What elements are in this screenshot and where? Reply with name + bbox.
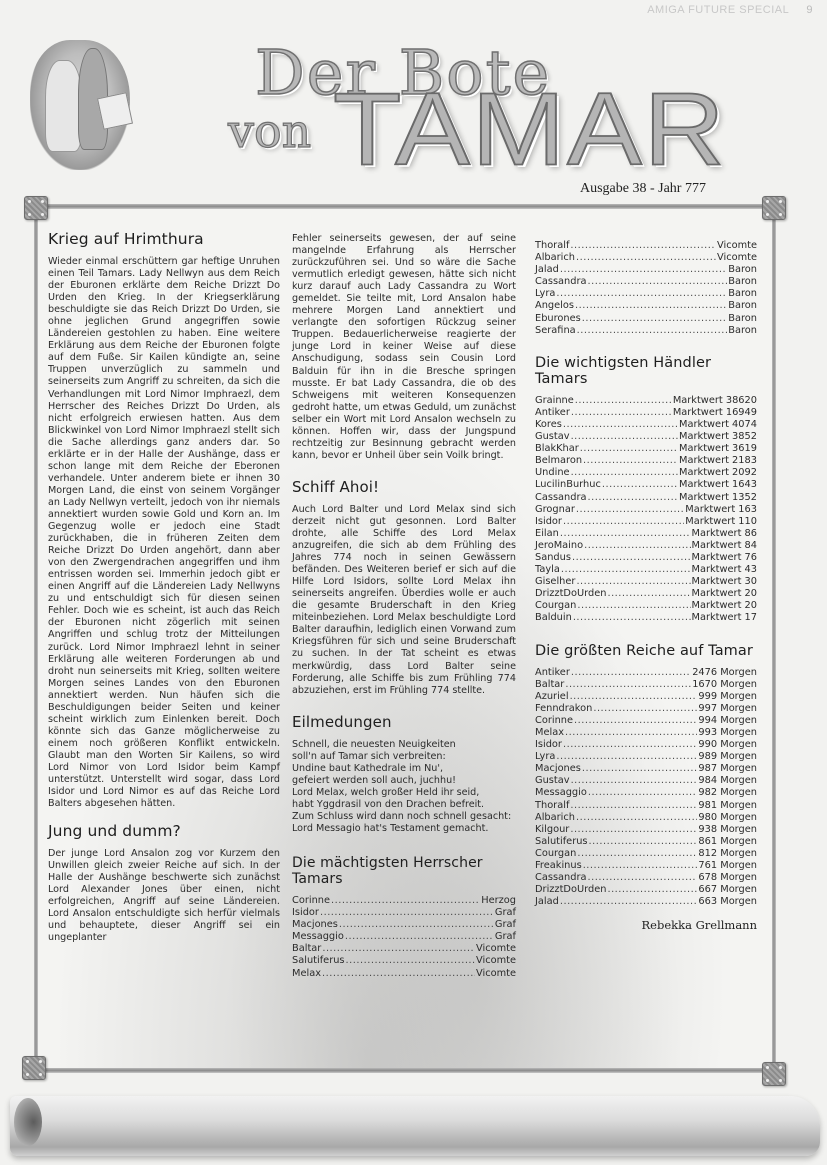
list-item: SerafinaBaron <box>535 325 757 337</box>
column-1: Krieg auf Hrimthura Wieder einmal erschü… <box>48 230 280 959</box>
article-body-part1: Der junge Lord Ansalon zog vor Kurzem de… <box>48 848 280 944</box>
list-item: CorinneHerzog <box>292 895 516 907</box>
list-item: LyraBaron <box>535 288 757 300</box>
article-title: Jung und dumm? <box>48 822 280 840</box>
article-eilmedungen: Eilmedungen Schnell, die neuesten Neuigk… <box>292 713 516 835</box>
column-2: Fehler seinerseits gewesen, der auf sein… <box>292 233 516 994</box>
list-item: BlakKharMarktwert 3619 <box>535 443 757 455</box>
list-item: JaladBaron <box>535 264 757 276</box>
list-item: SandusMarktwert 76 <box>535 552 757 564</box>
list-item: CourganMarktwert 20 <box>535 600 757 612</box>
poem-line: soll'n auf Tamar sich verbreiten: <box>292 751 516 763</box>
list-item: ThoralfVicomte <box>535 240 757 252</box>
rulers-title: Die mächtigsten Herrscher Tamars <box>292 855 516 887</box>
list-item: Antiker2476 Morgen <box>535 667 757 679</box>
list-item: Salutiferus861 Morgen <box>535 836 757 848</box>
list-item: Freakinus761 Morgen <box>535 860 757 872</box>
masthead: Der Bote von TAMAR Ausgabe 38 - Jahr 777 <box>0 0 827 200</box>
list-item: GustavMarktwert 3852 <box>535 431 757 443</box>
list-item: EilanMarktwert 86 <box>535 528 757 540</box>
realms-title: Die größten Reiche auf Tamar <box>535 643 757 659</box>
article-body-part2: Fehler seinerseits gewesen, der auf sein… <box>292 233 516 462</box>
list-item: AngelosBaron <box>535 300 757 312</box>
scroll-rod-right <box>772 207 776 1069</box>
realms-list: Antiker2476 Morgen Baltar1670 Morgen Azu… <box>535 667 757 909</box>
poem-line: Schnell, die neuesten Neuigkeiten <box>292 739 516 751</box>
list-item: Thoralf981 Morgen <box>535 800 757 812</box>
title-tamar: TAMAR <box>333 78 727 181</box>
article-schiff-ahoi: Schiff Ahoi! Auch Lord Balter und Lord M… <box>292 478 516 697</box>
list-item: Isidor990 Morgen <box>535 739 757 751</box>
list-item: Lyra989 Morgen <box>535 751 757 763</box>
list-item: Baltar1670 Morgen <box>535 679 757 691</box>
rod-knob-icon <box>762 196 786 220</box>
list-item: AlbarichVicomte <box>535 252 757 264</box>
article-jung-und-dumm: Jung und dumm? Der junge Lord Ansalon zo… <box>48 822 280 944</box>
article-title: Schiff Ahoi! <box>292 478 516 496</box>
rulers-list: CorinneHerzog IsidorGraf MacjonesGraf Me… <box>292 895 516 980</box>
list-item: AntikerMarktwert 16949 <box>535 407 757 419</box>
list-item: Kilgour938 Morgen <box>535 824 757 836</box>
list-item: DrizztDoUrdenMarktwert 20 <box>535 588 757 600</box>
article-krieg-auf-hrimthura: Krieg auf Hrimthura Wieder einmal erschü… <box>48 230 280 810</box>
list-item: MelaxVicomte <box>292 968 516 980</box>
list-item: Melax993 Morgen <box>535 727 757 739</box>
list-item: Courgan812 Morgen <box>535 848 757 860</box>
article-body: Auch Lord Balter und Lord Melax sind sic… <box>292 504 516 697</box>
list-item: JeroMainoMarktwert 84 <box>535 540 757 552</box>
rod-knob-icon <box>762 1062 786 1086</box>
list-item: DrizztDoUrden667 Morgen <box>535 884 757 896</box>
traders-title: Die wichtigsten Händler Tamars <box>535 355 757 387</box>
list-item: GiselherMarktwert 30 <box>535 576 757 588</box>
list-item: MessaggioGraf <box>292 931 516 943</box>
author-byline: Rebekka Grellmann <box>535 918 757 932</box>
list-item: UndineMarktwert 2092 <box>535 467 757 479</box>
list-item: IsidorMarktwert 110 <box>535 516 757 528</box>
list-item: Jalad663 Morgen <box>535 896 757 908</box>
list-item: Gustav984 Morgen <box>535 775 757 787</box>
list-item: CassandraBaron <box>535 276 757 288</box>
list-item: SalutiferusVicomte <box>292 955 516 967</box>
scroll-rod-left <box>34 207 38 1069</box>
list-item: GrognarMarktwert 163 <box>535 504 757 516</box>
traders-list: GrainneMarktwert 38620 AntikerMarktwert … <box>535 395 757 625</box>
list-item: Cassandra678 Morgen <box>535 872 757 884</box>
title-von: von <box>228 108 311 154</box>
scroll-curl-icon <box>14 1098 42 1146</box>
article-jung-und-dumm-continued: Fehler seinerseits gewesen, der auf sein… <box>292 233 516 462</box>
rod-knob-icon <box>22 1056 46 1080</box>
list-item: Fenndrakon997 Morgen <box>535 703 757 715</box>
scroll-rod-bottom <box>32 1068 776 1073</box>
poem-line: habt Yggdrasil von den Drachen befreit. <box>292 799 516 811</box>
article-title: Eilmedungen <box>292 713 516 731</box>
list-item: CassandraMarktwert 1352 <box>535 492 757 504</box>
list-item: BaltarVicomte <box>292 943 516 955</box>
list-item: EburonesBaron <box>535 313 757 325</box>
list-item: GrainneMarktwert 38620 <box>535 395 757 407</box>
list-item: Corinne994 Morgen <box>535 715 757 727</box>
rulers-section: Die mächtigsten Herrscher Tamars Corinne… <box>292 855 516 980</box>
article-body: Wieder einmal erschüttern gar heftige Un… <box>48 256 280 810</box>
column-3: ThoralfVicomte AlbarichVicomte JaladBaro… <box>535 240 757 946</box>
list-item: TaylaMarktwert 43 <box>535 564 757 576</box>
list-item: IsidorGraf <box>292 907 516 919</box>
list-item: KoresMarktwert 4074 <box>535 419 757 431</box>
rolled-scroll-bottom <box>10 1096 820 1156</box>
poem-line: Lord Messagio hat's Testament gemacht. <box>292 823 516 835</box>
list-item: Azuriel999 Morgen <box>535 691 757 703</box>
rulers-list-continued: ThoralfVicomte AlbarichVicomte JaladBaro… <box>535 240 757 337</box>
list-item: MacjonesGraf <box>292 919 516 931</box>
poem-line: Zum Schluss wird dann noch schnell gesac… <box>292 811 516 823</box>
poem-line: Undine baut Kathedrale im Nu', <box>292 763 516 775</box>
article-title: Krieg auf Hrimthura <box>48 230 280 248</box>
rulers-continued: ThoralfVicomte AlbarichVicomte JaladBaro… <box>535 240 757 337</box>
list-item: BalduinMarktwert 17 <box>535 612 757 624</box>
issue-label: Ausgabe 38 - Jahr 777 <box>580 181 706 197</box>
scroll-rod-top <box>32 204 776 209</box>
king-and-scribe-illustration-icon <box>30 40 130 170</box>
realms-section: Die größten Reiche auf Tamar Antiker2476… <box>535 643 757 933</box>
list-item: Macjones987 Morgen <box>535 763 757 775</box>
poem: Schnell, die neuesten Neuigkeiten soll'n… <box>292 739 516 835</box>
list-item: Albarich980 Morgen <box>535 812 757 824</box>
list-item: LucilinBurhucMarktwert 1643 <box>535 479 757 491</box>
poem-line: Lord Melax, welch großer Held ihr seid, <box>292 787 516 799</box>
list-item: Messaggio982 Morgen <box>535 787 757 799</box>
rod-knob-icon <box>24 196 48 220</box>
traders-section: Die wichtigsten Händler Tamars GrainneMa… <box>535 355 757 625</box>
poem-line: gefeiert werden soll auch, juchhu! <box>292 775 516 787</box>
list-item: BelmaronMarktwert 2183 <box>535 455 757 467</box>
